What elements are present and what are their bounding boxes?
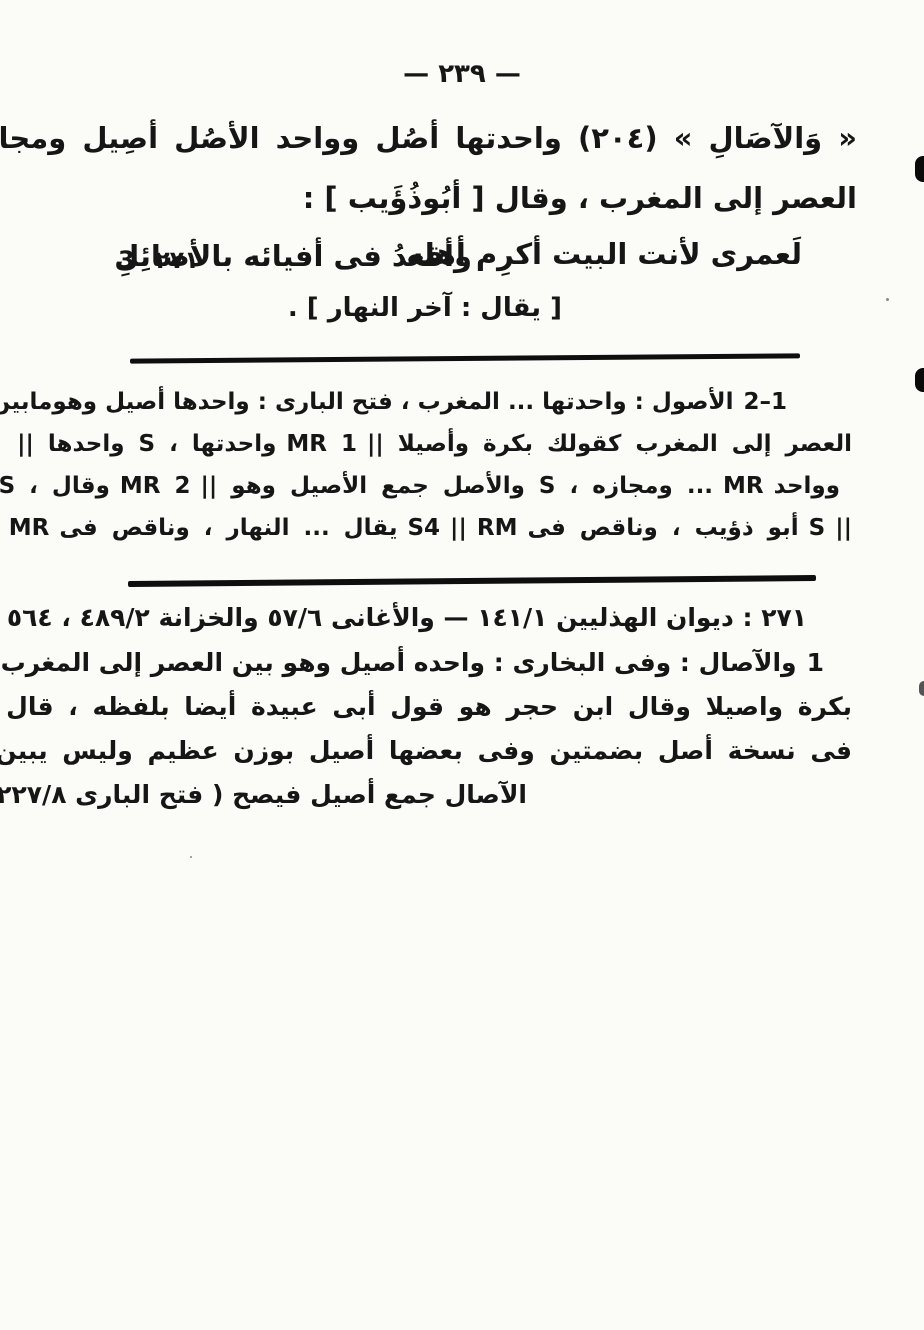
footnote-line: بكرة واصيلا وقال ابن حجر هو قول أبى عبيد… [0, 691, 857, 722]
main-text-line-2: العصر إلى المغرب ، وقال [ أبُوذُؤَيب ] : [303, 180, 857, 216]
siglum-token: S [809, 514, 826, 543]
arabic-token: || [450, 514, 467, 543]
arabic-token: العصر إلى المغرب كقولك بكرة وأصيلا || [367, 430, 852, 459]
arabic-token: بكرة واصيلا وقال ابن حجر هو قول أبى عبيد… [0, 691, 852, 722]
apparatus-line: 2–1الأصول : واحدتها ... المغرب ، فتح الب… [0, 388, 792, 417]
scanned-book-page: { "page": { "number_display": "— ٢٣٩ —" … [0, 0, 924, 1330]
separator-rule-top [130, 353, 800, 363]
scan-edge-mark [919, 681, 924, 696]
arabic-token: الآصال جمع أصيل فيصح ( فتح البارى ٢٢٧/٨ … [0, 779, 527, 810]
arabic-token: وقال ، S قال [0, 472, 110, 501]
siglum-token: RM [477, 514, 518, 543]
footnote-line: ٢٧١ : ديوان الهذليين ١٤١/١ — والأغانى ٥٧… [0, 602, 812, 633]
arabic-token: الأصول : واحدتها ... المغرب ، فتح البارى… [0, 388, 733, 417]
verse-gloss: [ يقال : آخر النهار ] . [288, 292, 562, 325]
arabic-token: ٢٧١ : ديوان الهذليين ١٤١/١ — والأغانى ٥٧… [0, 602, 807, 633]
scan-edge-mark [915, 368, 924, 392]
arabic-token: فى نسخة أصل بضمتين وفى بعضها أصيل بوزن ع… [0, 735, 852, 766]
scan-edge-mark [915, 156, 924, 182]
arabic-token: ... ومجازه ، S والأصل جمع الأصيل وهو || [200, 472, 713, 501]
siglum-token: MR [9, 514, 50, 543]
arabic-token: والآصال : وفى البخارى : واحده أصيل وهو ب… [0, 647, 797, 678]
scan-speck [886, 298, 889, 301]
siglum-token: 1 [807, 647, 824, 678]
arabic-token: وواحد [774, 472, 840, 501]
apparatus-line: العصر إلى المغرب كقولك بكرة وأصيلا ||MR … [12, 430, 857, 459]
page-number: — ٢٣٩ — [0, 58, 924, 91]
siglum-token: 2–1 [743, 388, 787, 417]
siglum-token: S4 [407, 514, 440, 543]
siglum-token: MR 1 [286, 430, 357, 459]
scan-speck [190, 856, 192, 858]
footnote-line: 1والآصال : وفى البخارى : واحده أصيل وهو … [0, 647, 829, 678]
siglum-token: MR 2 [120, 472, 191, 501]
arabic-token: أبو ذؤيب ، وناقص فى [527, 514, 798, 543]
arabic-token: واحدتها ، S واحدها || [17, 430, 276, 459]
arabic-token: || [835, 514, 852, 543]
verse-number-arabic: ٢٧١ [155, 245, 199, 275]
apparatus-line: وواحدMR... ومجازه ، S والأصل جمع الأصيل … [0, 472, 845, 501]
arabic-token: يقال ... النهار ، وناقص فى [59, 514, 397, 543]
footnote-line: الآصال جمع أصيل فيصح ( فتح البارى ٢٢٧/٨ … [0, 779, 532, 810]
footnote-line: فى نسخة أصل بضمتين وفى بعضها أصيل بوزن ع… [0, 735, 857, 766]
verse-number-latin: 3 [118, 245, 135, 275]
separator-rule-bottom [128, 575, 816, 587]
apparatus-line: ||Sأبو ذؤيب ، وناقص فىRM||S4يقال ... الن… [0, 514, 857, 543]
main-text-line-1: « وَالآصَالِ » (٢٠٤) واحدتها أصُل وواحد … [0, 120, 857, 156]
siglum-token: MR [723, 472, 764, 501]
